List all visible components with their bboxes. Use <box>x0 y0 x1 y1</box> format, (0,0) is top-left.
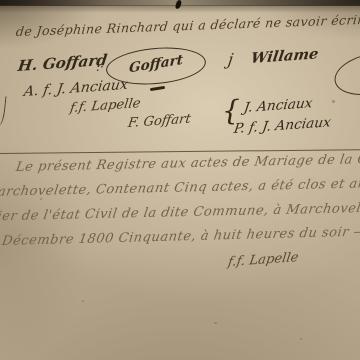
signature-goffart-f: F. Goffart <box>127 112 192 131</box>
paper-speck <box>300 338 302 340</box>
paper-speck <box>82 300 84 302</box>
cut-off-flourish <box>0 96 7 127</box>
paper-speck <box>214 322 217 324</box>
declaration-line: de Joséphine Rinchard qui a déclaré ne s… <box>15 11 360 39</box>
closing-line-1: Le présent Registre aux actes de Mariage… <box>15 150 360 175</box>
signature-goffard: H. Goffard <box>17 51 109 75</box>
separator-dots: :· <box>96 60 104 74</box>
signature-anciaux-pj: P. f. J. Anciaux <box>233 114 332 137</box>
signature-willame: Willame <box>250 45 320 67</box>
closing-line-4: Décembre 1800 Cinquante, à huit heures d… <box>1 224 360 249</box>
signature-anciaux-j: J. Anciaux <box>243 95 314 116</box>
signature-lapelle: f.f. Lapelle <box>69 96 142 116</box>
closing-line-2: Marchovelette, Contenant Cinq actes, a é… <box>0 174 360 200</box>
signature-circled-goffart: Goffart <box>129 52 184 77</box>
signature-oval-partial <box>331 47 360 102</box>
closing-line-3: officier de l'état Civil de la dite Comm… <box>0 200 360 225</box>
signature-willame-initial: j <box>227 50 235 69</box>
officer-signature: f.f. Lapelle <box>227 250 300 270</box>
manuscript-page-photo: de Joséphine Rinchard qui a déclaré ne s… <box>0 0 360 360</box>
paper-speck <box>40 198 42 200</box>
paper-speck <box>332 100 335 103</box>
pen-dash-mark <box>150 86 165 91</box>
signature-anciaux-row: A. f. J. Anciaux <box>23 77 129 100</box>
